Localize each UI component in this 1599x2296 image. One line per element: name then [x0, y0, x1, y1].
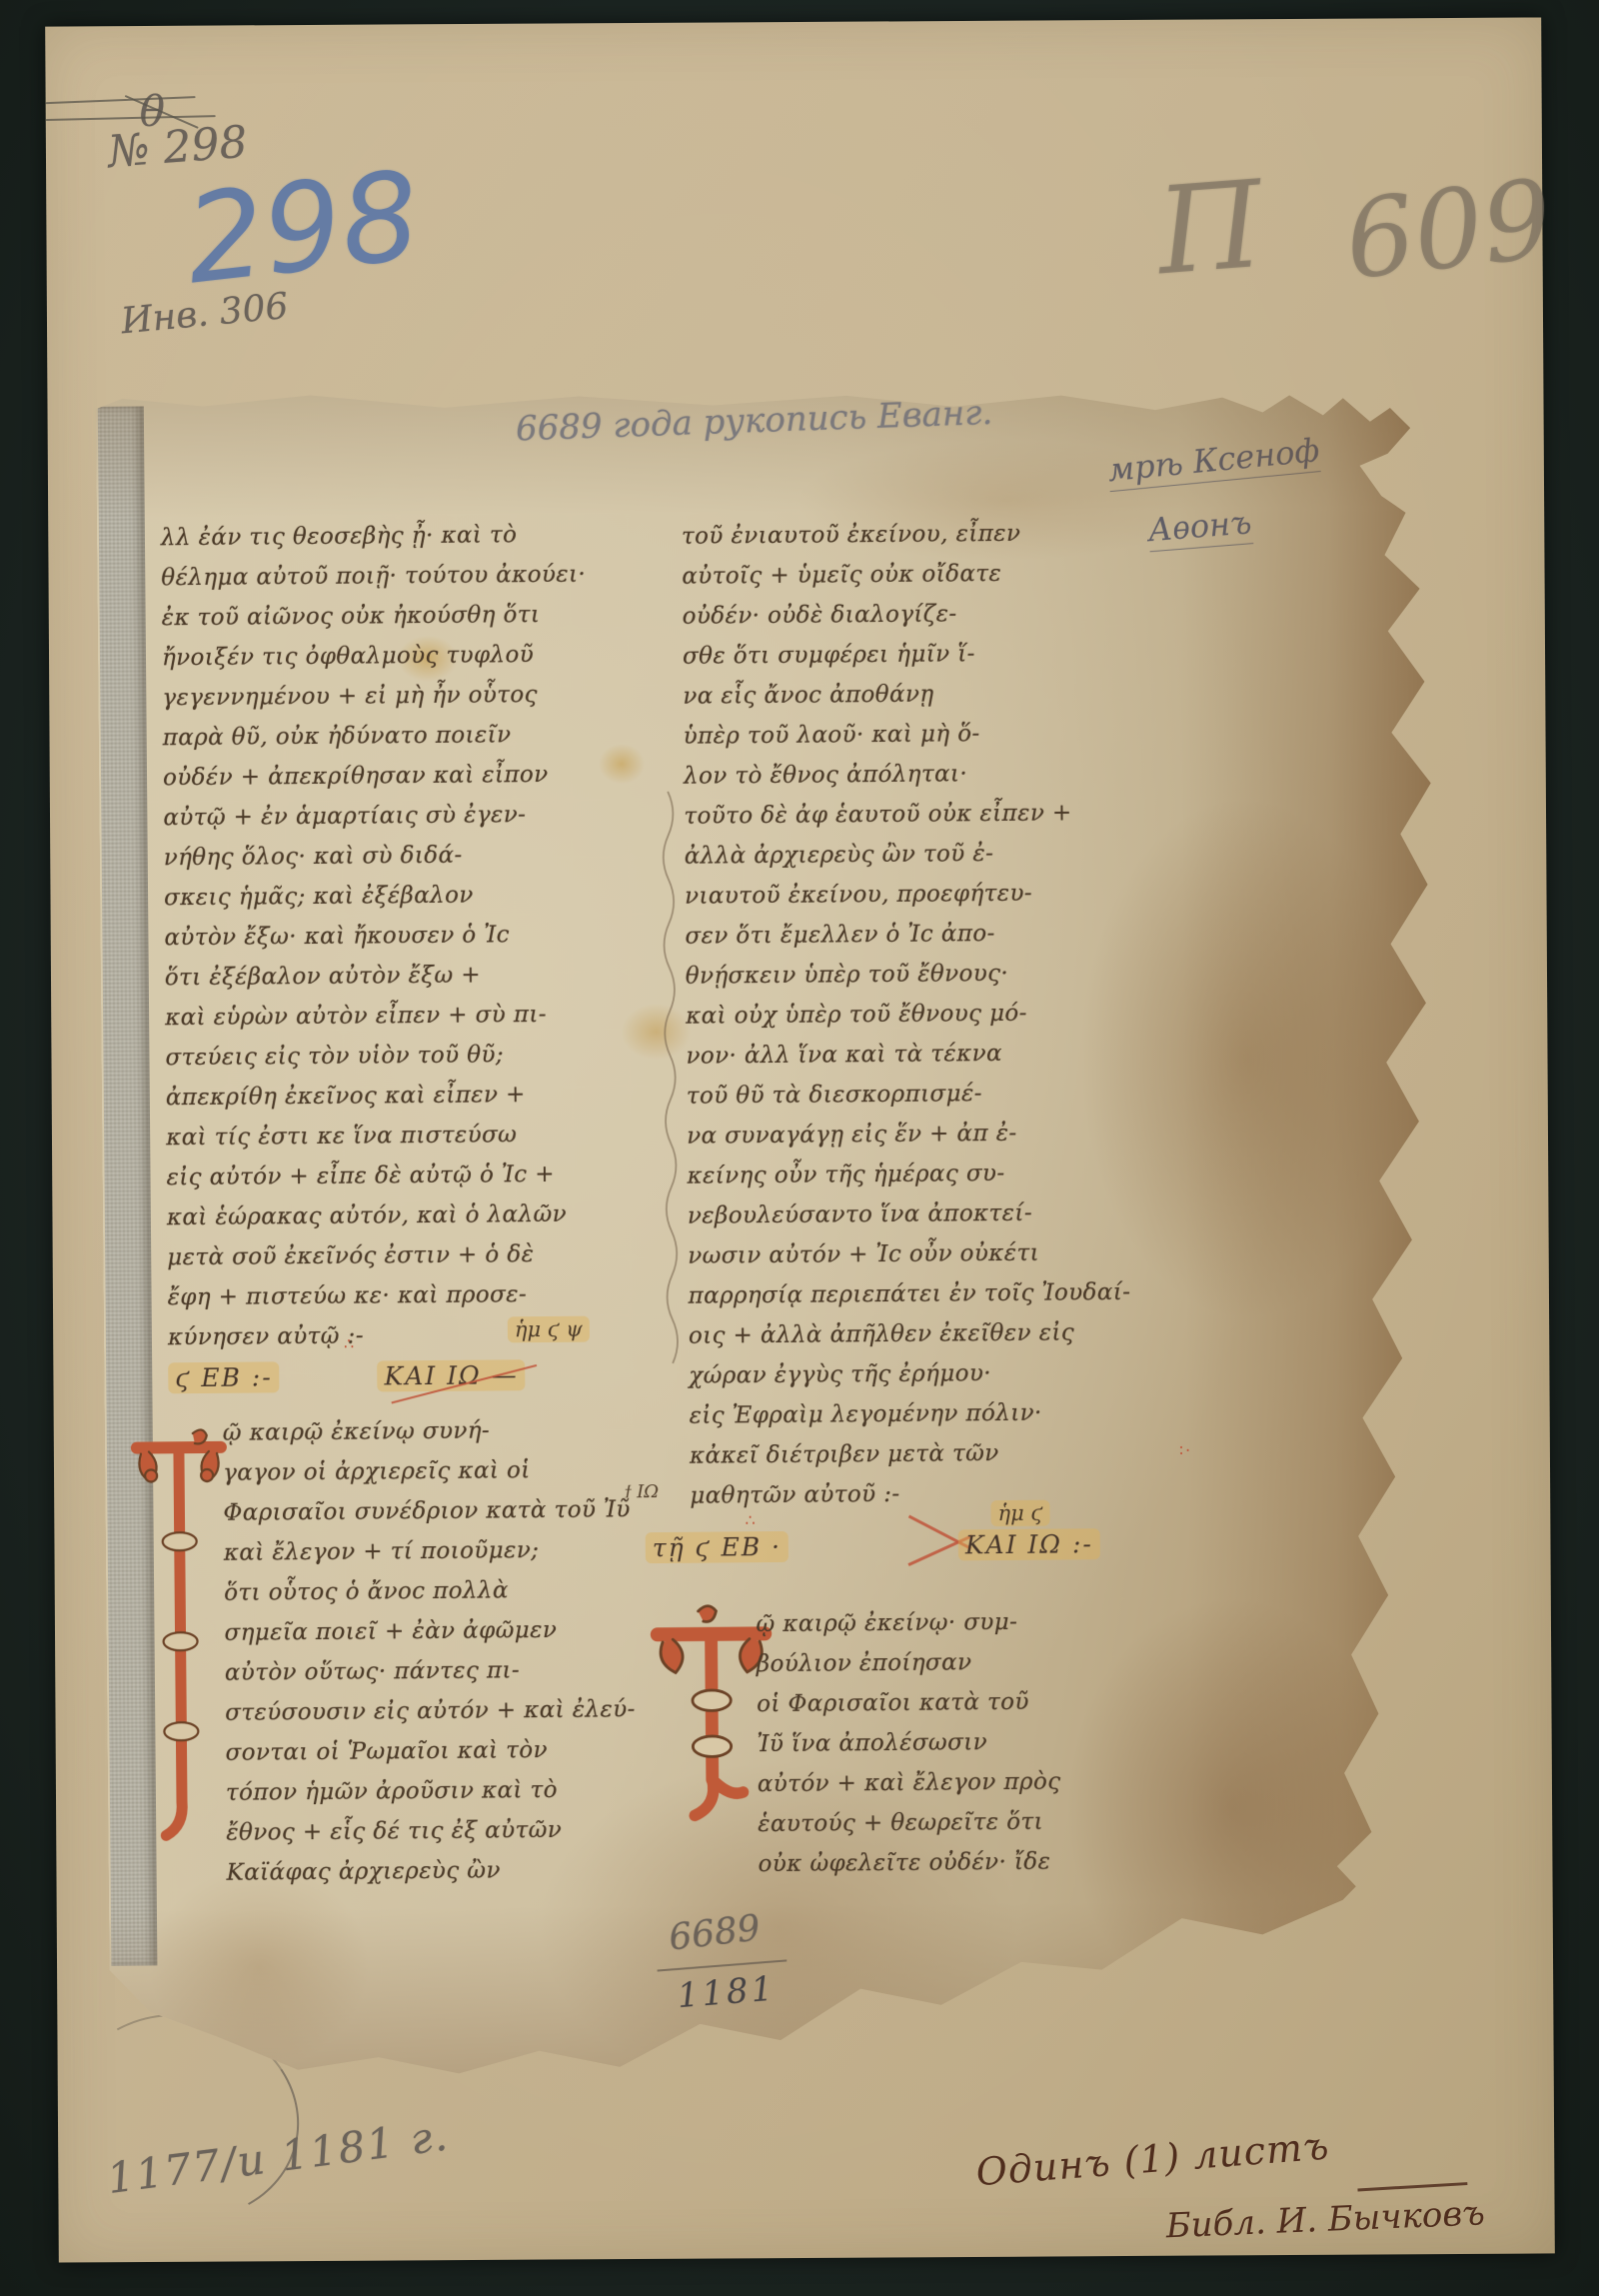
ad-year-number: 1181 — [676, 1969, 777, 2017]
text-column-2-lection-a: τοῦ ἐνιαυτοῦ ἐκείνου, εἶπεναὐτοῖς + ὑμεῖ… — [682, 512, 1190, 1515]
manuscript-text-line: οις + ἀλλὰ ἀπῆλθεν ἐκεῖθεν εἰς — [689, 1311, 1188, 1355]
manuscript-text-line: Φαρισαῖοι συνέδριον κατὰ τοῦ Ἰῦ — [223, 1489, 663, 1533]
manuscript-text-line: λον τὸ ἔθνος ἀπόληται· — [684, 752, 1183, 796]
provenance-note-1: мрѣ Ксеноф — [1106, 431, 1321, 492]
strike-line — [46, 96, 196, 104]
manuscript-text-line: νεβουλεύσαντο ἵνα ἀποκτεί- — [688, 1191, 1187, 1235]
manuscript-text-line: κείνης οὖν τῆς ἡμέρας συ- — [687, 1151, 1186, 1195]
manuscript-text-line: μαθητῶν αὐτοῦ :- — [690, 1471, 1189, 1515]
manuscript-text-line: ἤνοιξέν τις ὀφθαλμοὺς τυφλοῦ — [162, 634, 652, 678]
red-dots-mark: ∶· — [1179, 1440, 1192, 1459]
leaf-count-note: Одинъ (1) листъ — [974, 2123, 1331, 2194]
manuscript-text-line: τοῦ θῦ τὰ διεσκορπισμέ- — [687, 1072, 1186, 1116]
shelf-mark-letter: П — [1152, 156, 1267, 303]
manuscript-text-line: οὐδέν· οὐδὲ διαλογίζε- — [682, 592, 1181, 636]
manuscript-text-line: αὐτῷ + ἐν ἁμαρτίαις σὺ ἐγεν- — [163, 794, 653, 838]
manuscript-text-line: σκεις ἡμᾶς; καὶ ἐξέβαλον — [164, 874, 654, 918]
manuscript-text-line: καὶ εὑρὼν αὐτὸν εἶπεν + σὺ πι- — [165, 994, 655, 1038]
manuscript-text-line: παρὰ θῦ, οὐκ ἠδύνατο ποιεῖν — [163, 714, 653, 758]
manuscript-text-line: κἀκεῖ διέτριβεν μετὰ τῶν — [690, 1431, 1189, 1475]
text-column-1-lection-b: ῷ καιρῷ ἐκείνῳ συνή-γαγον οἱ ἀρχιερεῖς κ… — [223, 1409, 667, 1893]
manuscript-text-line: νον· ἀλλ ἵνα καὶ τὰ τέκνα — [686, 1032, 1185, 1076]
rubric-weekday: ϛ ΕΒ :- — [168, 1361, 280, 1393]
manuscript-text-line: αὐτὸν οὕτως· πάντες πι- — [225, 1649, 665, 1693]
rubric-column-2: τῇ ϛ ΕΒ · ΚΑΙ ΙΩ :- — [646, 1529, 1100, 1562]
manuscript-text-line: αὐτοῖς + ὑμεῖς οὐκ οἴδατε — [682, 552, 1181, 596]
manuscript-text-line: σθε ὅτι συμφέρει ἡμῖν ἵ- — [683, 632, 1182, 676]
manuscript-text-line: εἰς Ἐφραὶμ λεγομένην πόλιν· — [689, 1391, 1188, 1435]
manuscript-text-line: ῷ καιρῷ ἐκείνῳ· συμ- — [756, 1600, 1185, 1644]
manuscript-text-line: λλ ἐάν τις θεοσεβὴς ᾖ· καὶ τὸ — [161, 514, 651, 558]
era-year-number: 6689 — [667, 1907, 763, 1958]
catalog-number-blue: 298 — [179, 145, 426, 312]
manuscript-text-line: ὅτι ἐξέβαλον αὐτὸν ἔξω + — [165, 954, 655, 998]
manuscript-text-line: θέλημα αὐτοῦ ποιῇ· τούτου ἀκούει· — [161, 554, 651, 598]
manuscript-text-line: Καϊάφας ἀρχιερεὺς ὢν — [226, 1849, 666, 1893]
text-column-1-lection-a: λλ ἐάν τις θεοσεβὴς ᾖ· καὶ τὸθέλημα αὐτο… — [161, 514, 658, 1357]
lection-end-mark: ἡμ ϛ — [990, 1500, 1049, 1527]
manuscript-text-line: στεύεις εἰς τὸν υἱὸν τοῦ θῦ; — [165, 1034, 655, 1078]
manuscript-text-line: να εἷς ἄνοϲ ἀποθάνῃ — [683, 672, 1182, 716]
manuscript-text-line: τοῦτο δὲ ἀφ ἑαυτοῦ οὐκ εἶπεν + — [684, 792, 1183, 836]
manuscript-text-line: οἱ Φαρισαῖοι κατὰ τοῦ — [757, 1680, 1186, 1724]
shelf-mark-number: 609 — [1339, 157, 1558, 304]
manuscript-text-line: ἀλλὰ ἀρχιερεὺς ὢν τοῦ ἐ- — [685, 832, 1184, 876]
manuscript-text-line: τόπον ἡμῶν ἀροῦσιν καὶ τὸ — [226, 1769, 666, 1813]
manuscript-text-line: γεγεννημένου + εἰ μὴ ἦν οὗτος — [162, 674, 652, 718]
manuscript-text-line: σονται οἱ Ῥωμαῖοι καὶ τὸν — [225, 1729, 665, 1773]
manuscript-text-line: οὐδέν + ἀπεκρίθησαν καὶ εἶπον — [163, 754, 653, 798]
manuscript-text-line: αὐτὸν ἔξω· καὶ ἤκουσεν ὁ Ἰϲ — [164, 914, 654, 958]
manuscript-text-line: θνῄσκειν ὑπὲρ τοῦ ἔθνους· — [686, 952, 1185, 996]
manuscript-text-line: οὐκ ὠφελεῖτε οὐδέν· ἴδε — [758, 1840, 1187, 1884]
manuscript-text-line: χώραν ἐγγὺς τῆς ἐρήμου· — [689, 1351, 1188, 1395]
manuscript-text-line: ὑπὲρ τοῦ λαοῦ· καὶ μὴ ὅ- — [684, 712, 1183, 756]
manuscript-text-line: ἔφη + πιστεύω κε· καὶ προσε- — [167, 1273, 657, 1317]
manuscript-text-line: αὐτόν + καὶ ἔλεγον πρὸς — [758, 1760, 1187, 1804]
parchment-leaf: 6689 года рукопись Еванг. мрѣ Ксеноф Аѳо… — [96, 377, 1452, 2080]
text-column-2-lection-b: ῷ καιρῷ ἐκείνῳ· συμ-βούλιον ἐποίησανοἱ Φ… — [756, 1600, 1187, 1884]
manuscript-text-line: βούλιον ἐποίησαν — [757, 1640, 1186, 1684]
manuscript-text-line: σημεῖα ποιεῖ + ἐὰν ἀφῶμεν — [224, 1609, 664, 1653]
manuscript-text-line: καὶ ἑώρακας αὐτόν, καὶ ὁ λαλῶν — [167, 1193, 657, 1237]
manuscript-text-line: παρρησίᾳ περιεπάτει ἐν τοῖς Ἰουδαί- — [688, 1271, 1187, 1315]
manuscript-text-line: νιαυτοῦ ἐκείνου, προεφήτευ- — [685, 872, 1184, 916]
red-dots-mark: ∴ — [745, 1510, 757, 1529]
rubric-weekday: τῇ ϛ ΕΒ · — [646, 1531, 789, 1563]
manuscript-text-line: νωσιν αὐτόν + Ἰϲ οὖν οὐκέτι — [688, 1231, 1187, 1275]
manuscript-text-line: μετὰ σοῦ ἐκεῖνός ἐστιν + ὁ δὲ — [167, 1233, 657, 1277]
librarian-signature: Библ. И. Бычковъ — [1165, 2193, 1486, 2246]
red-dots-mark: ∴ — [344, 1334, 356, 1353]
inventory-number: Инв. 306 — [119, 286, 290, 342]
manuscript-text-line: σεν ὅτι ἔμελλεν ὁ Ἰϲ ἀπο- — [685, 912, 1184, 956]
manuscript-text-line: τοῦ ἐνιαυτοῦ ἐκείνου, εἶπεν — [682, 512, 1181, 556]
manuscript-text-line: ἀπεκρίθη ἐκεῖνος καὶ εἶπεν + — [166, 1074, 656, 1118]
manuscript-text-line: ὅτι οὗτος ὁ ἄνοϲ πολλὰ — [224, 1569, 664, 1613]
manuscript-text-line: στεύσουσιν εἰς αὐτόν + καὶ ἐλεύ- — [225, 1689, 665, 1733]
rubric-column-1: ϛ ΕΒ :- ΚΑΙ ΙΩ — — [168, 1360, 526, 1392]
signature-overline — [1357, 2182, 1467, 2191]
margin-gospel-mark: ϯ ΙΩ — [625, 1481, 659, 1502]
rubric-gospel: ΚΑΙ ΙΩ :- — [958, 1528, 1100, 1560]
manuscript-text-line: ῷ καιρῷ ἐκείνῳ συνή- — [223, 1409, 663, 1453]
decorated-initial-tau — [129, 1413, 233, 1864]
lection-end-mark: ἡμ ϛ ψ — [508, 1316, 590, 1343]
manuscript-text-line: Ἰῦ ἵνα ἀπολέσωσιν — [757, 1720, 1186, 1764]
manuscript-text-line: νήθης ὅλος· καὶ σὺ διδά- — [164, 834, 654, 878]
manuscript-text-line: γαγον οἱ ἀρχιερεῖς καὶ οἱ — [223, 1449, 663, 1493]
manuscript-text-line: καὶ τίς ἐστι κε ἵνα πιστεύσω — [166, 1114, 656, 1157]
manuscript-text-line: ἔθνος + εἷς δέ τις ἐξ αὐτῶν — [226, 1809, 666, 1853]
manuscript-text-line: καὶ ἔλεγον + τί ποιοῦμεν; — [224, 1529, 664, 1573]
manuscript-text-line: ἑαυτούς + θεωρεῖτε ὅτι — [758, 1800, 1187, 1844]
manuscript-text-line: ἐκ τοῦ αἰῶνος οὐκ ἠκούσθη ὅτι — [161, 594, 651, 638]
manuscript-text-line: να συναγάγῃ εἰς ἕν + ἀπ ἐ- — [687, 1112, 1186, 1155]
manuscript-text-line: καὶ οὐχ ὑπὲρ τοῦ ἔθνους μό- — [686, 992, 1185, 1036]
manuscript-text-line: εἰς αὐτόν + εἶπε δὲ αὐτῷ ὁ Ἰϲ + — [166, 1153, 656, 1197]
manuscript-photograph: θ № 298 298 Инв. 306 П 609 1177/и 1181 г… — [0, 0, 1599, 2296]
